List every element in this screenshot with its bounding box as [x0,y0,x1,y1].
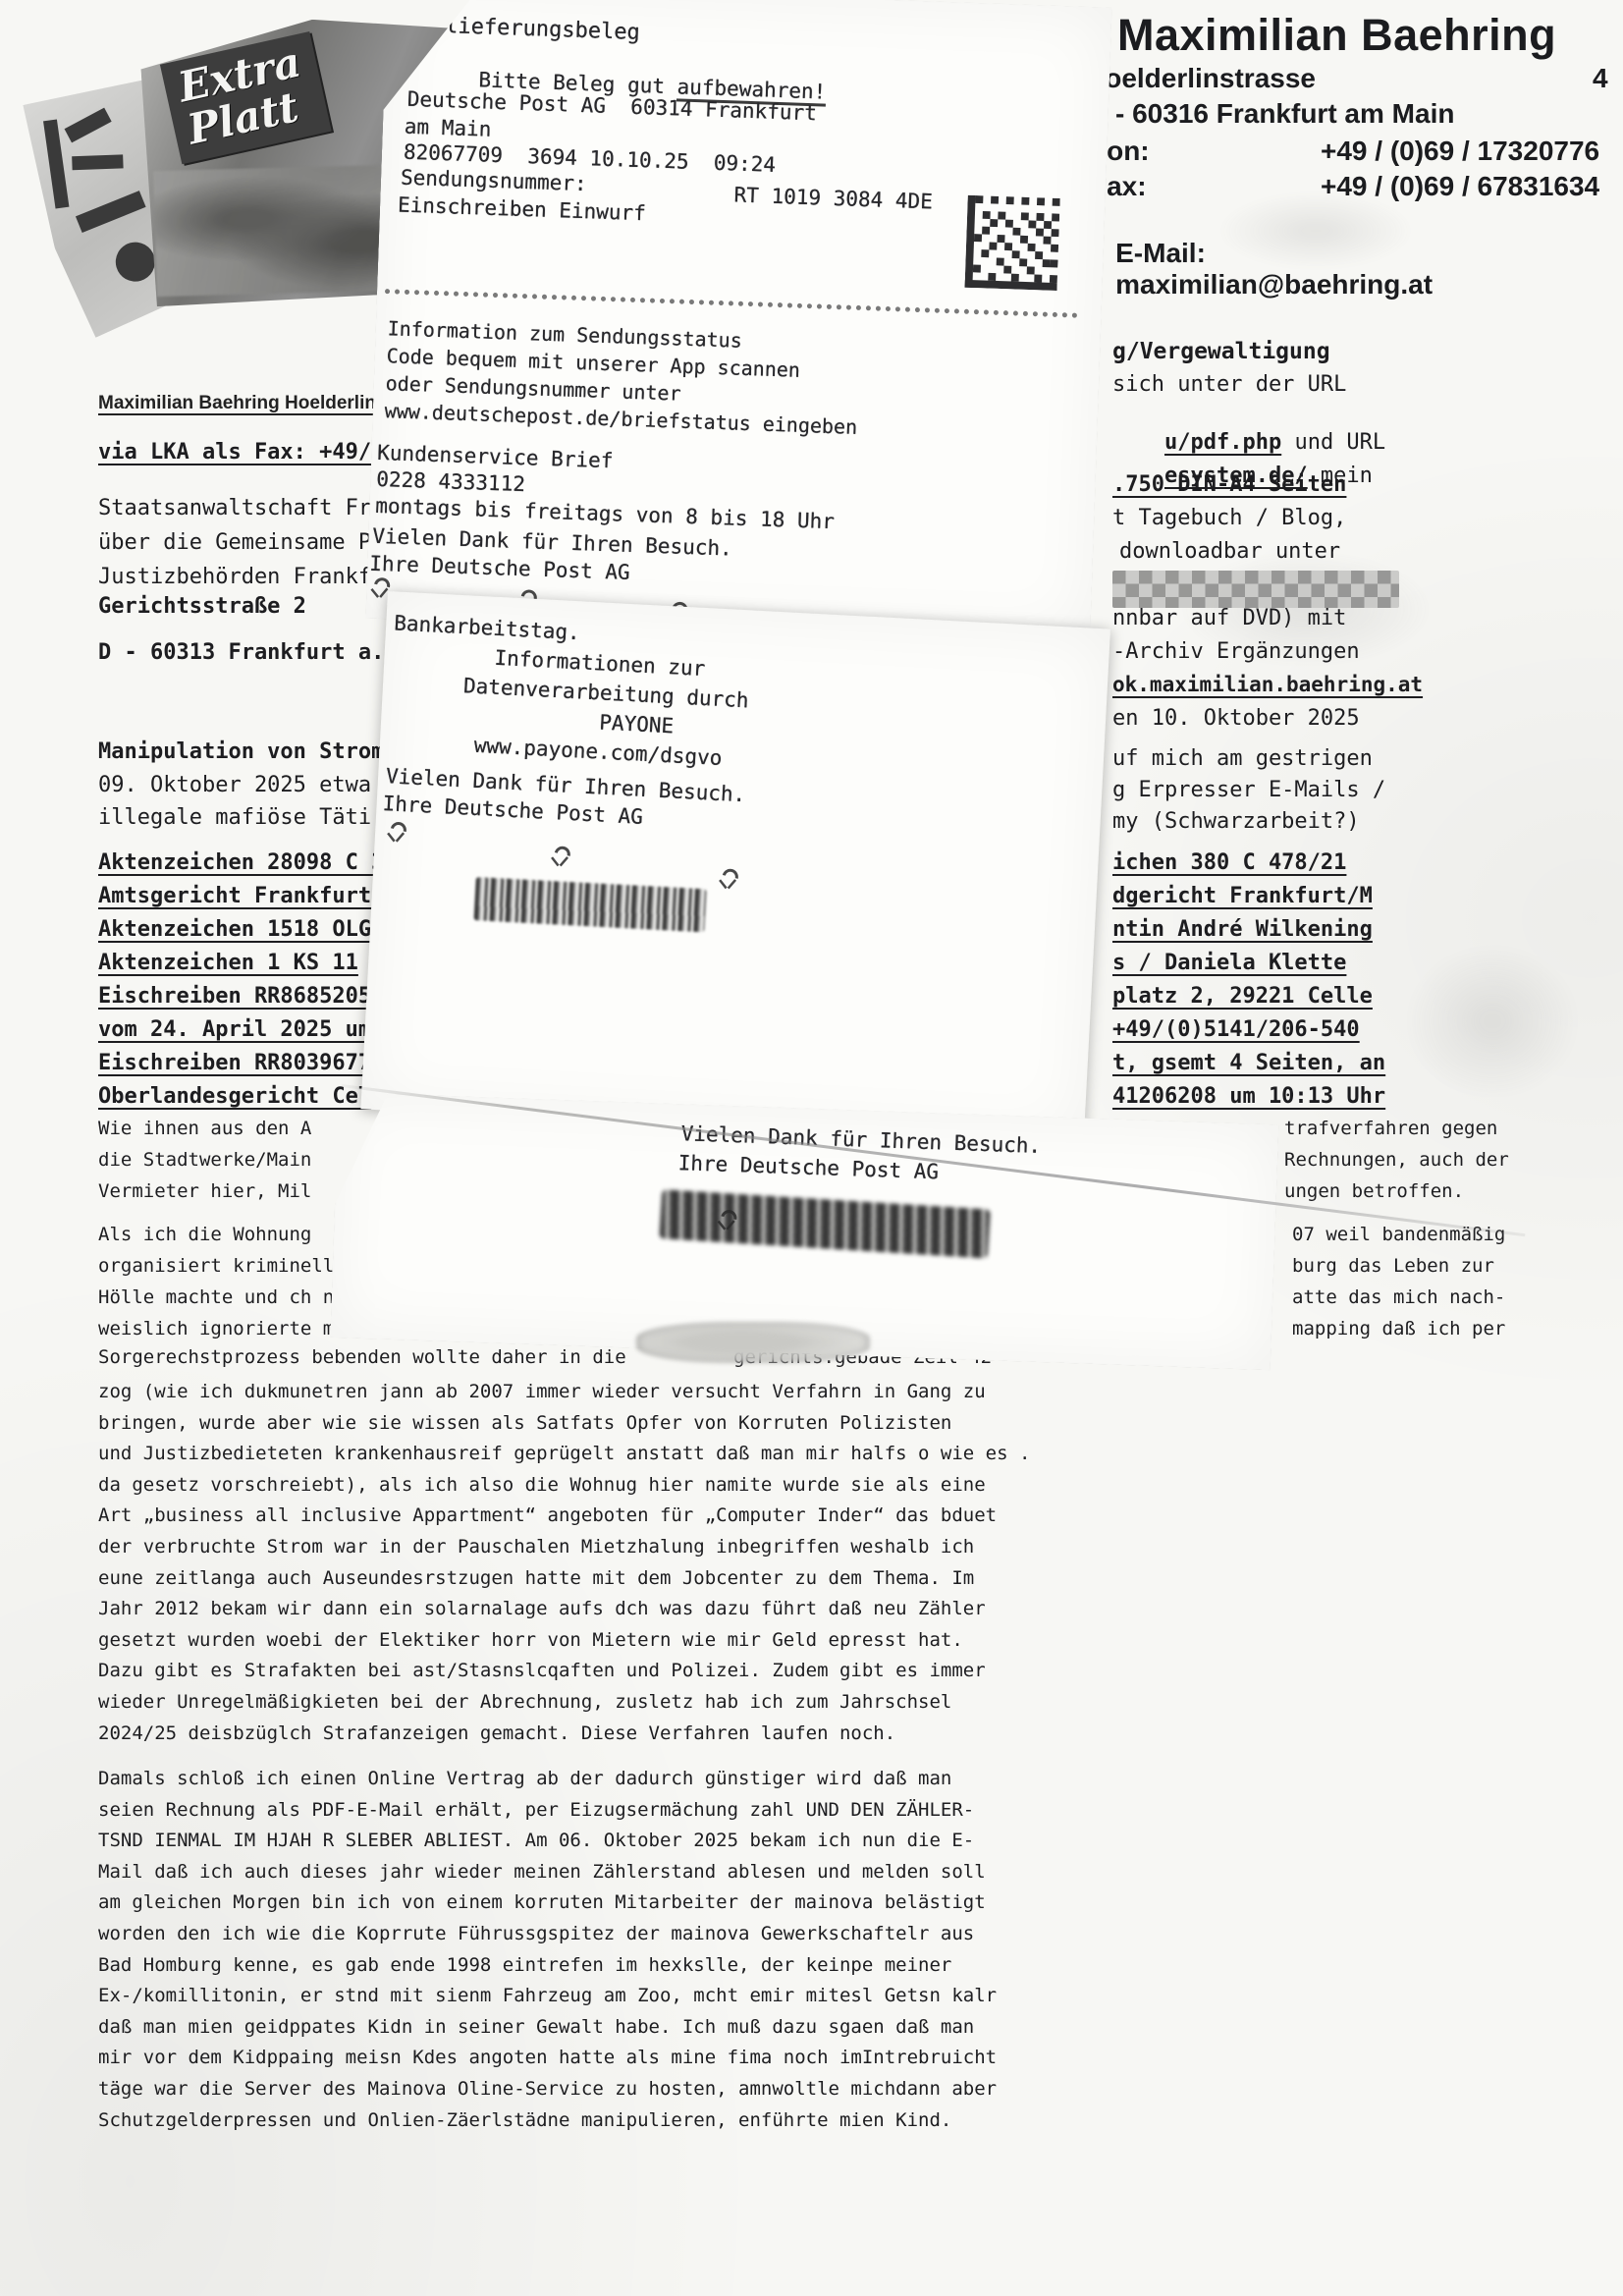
body-line: Ex-/komillitonin, er stnd mit sienm Fahr… [98,1981,997,2012]
right-fragment: g Erpresser E-Mails / [1112,778,1385,802]
receipt-perforation-dots [385,289,1078,318]
body-line-fragment: organisiert kriminell [98,1250,334,1282]
body-line: Dazu gibt es Strafakten bei ast/Stasnslc… [98,1656,1030,1687]
scan-smudge [636,1322,870,1363]
body-line-fragment: Vermieter hier, Mil [98,1175,311,1207]
re-line: 09. Oktober 2025 etwa [98,773,371,797]
body-line-fragment: 07 weil bandenmäßig [1292,1219,1505,1250]
re-line: illegale mafiöse Täti [98,805,371,830]
body-line-fragment: trafverfahren gegen [1284,1113,1509,1144]
body-line: TSND IENMAL IM HJAH R SLEBER ABLIEST. Am… [98,1826,997,1857]
body-line-fragment: die Stadtwerke/Main [98,1144,311,1175]
receipt-payone-line: Datenverarbeitung durch [462,674,749,712]
para1-right: trafverfahren gegenRechnungen, auch deru… [1284,1113,1509,1207]
letterhead-email-label: E-Mail: [1115,238,1206,268]
body-line: mir vor dem Kidppaing meisn Kdes angoten… [98,2043,997,2074]
body-line: Bad Homburg kenne, es gab ende 1998 eint… [98,1950,997,1982]
post-receipt-top: Einlieferungsbeleg Bitte Beleg gut aufbe… [365,0,1111,643]
letterhead-street-number: 4 [1593,63,1608,94]
case-line: ichen 380 C 478/21 [1112,847,1385,880]
bleed-through-artifact [1404,943,1581,1100]
body-line-fragment: weislich ignorierte m [98,1313,334,1344]
case-line: Aktenzeichen 28098 C 3 [98,847,384,880]
right-fragment: en 10. Oktober 2025 [1112,706,1360,731]
clipping-ink-mark [43,119,69,208]
body-line: Mail daß ich auch dieses jahr wieder mei… [98,1857,997,1888]
case-line: t, gsemt 4 Seiten, an [1112,1047,1385,1080]
body-line: Schutzgelderpressen und Onlien-Zäerlstäd… [98,2105,997,2137]
right-fragment: uf mich am gestrigen [1112,746,1373,771]
post-receipt-middle: Bankarbeitstag. Informationen zur Datenv… [360,591,1110,1147]
body-line: 2024/25 deisbzüglch Strafanzeigen gemach… [98,1719,1030,1750]
recipient-city: D - 60313 Frankfurt a. [98,640,384,665]
receipt-status-info: Information zum SendungsstatusCode beque… [384,314,860,441]
body-line: worden den ich wie die Koprrute Führussg… [98,1919,997,1950]
subject-right-fragment: g/Vergewaltigung [1112,339,1330,364]
para2-left: Als ich die Wohnungorganisiert kriminell… [98,1219,334,1344]
body-line-fragment: mapping daß ich per [1292,1313,1505,1344]
letterhead-fax-value: +49 / (0)69 / 67831634 [1321,171,1599,202]
case-line: Eischreiben RR8039677 [98,1047,384,1080]
case-line: Eischreiben RR8685205 [98,980,384,1013]
posthorn-icon [715,1207,741,1235]
body-line: Damals schloß ich einen Online Vertrag a… [98,1764,997,1795]
letterhead-city: D - 60316 Frankfurt am Main [1088,98,1454,130]
receipt-service-info: Kundenservice Brief0228 4333112montags b… [375,440,837,535]
case-line: dgericht Frankfurt/M [1112,880,1385,913]
clipping-ink-mark [76,191,146,233]
body-line: Jahr 2012 bekam wir dann ein solarnalage… [98,1594,1030,1625]
case-line: ntin André Wilkening [1112,913,1385,947]
body-line: eune zeitlanga auch Auseundesrstzugen ha… [98,1563,1030,1595]
body-line-fragment: Wie ihnen aus den A [98,1113,311,1144]
body-line-fragment: burg das Leben zur [1292,1250,1505,1282]
body-line: bringen, wurde aber wie sie wissen als S… [98,1408,1030,1440]
receipt-payone-line: www.payone.com/dsgvo [473,734,723,770]
receipt-payone-line: Informationen zur [494,646,706,681]
recipient-line: Justizbehörden Frankfu [98,560,384,594]
case-line: s / Daniela Klette [1112,947,1385,980]
body-line-fragment: Rechnungen, auch der [1284,1144,1509,1175]
receipt-office-line: am Main [404,115,491,141]
receipt-product: Einschreiben Einwurf [398,192,647,225]
body-line: gesetzt wurden woebi der Elektiker horr … [98,1625,1030,1657]
case-line: 41206208 um 10:13 Uhr [1112,1080,1385,1114]
posthorn-icon [548,844,574,872]
para2-right: 07 weil bandenmäßigburg das Leben zuratt… [1292,1219,1505,1344]
case-list-right: ichen 380 C 478/21dgericht Frankfurt/Mnt… [1112,847,1385,1114]
body-line: am gleichen Morgen bin ich von einem kor… [98,1887,997,1919]
body-line-fragment: Als ich die Wohnung [98,1219,334,1250]
body-paragraph-1: zog (wie ich dukmunetren jann ab 2007 im… [98,1377,1030,1749]
case-line: Aktenzeichen 1518 OLG [98,913,384,947]
body-line: täge war die Server des Mainova Oline-Se… [98,2074,997,2105]
re-line: Manipulation von Strom [98,739,384,764]
letterhead-name: Maximilian Baehring [1117,10,1556,61]
right-url-fragment: ok.maximilian.baehring.at [1112,673,1423,696]
case-line: Amtsgericht Frankfurt/ [98,880,384,913]
body-line: da gesetz vorschreiebt), als ich also di… [98,1470,1030,1502]
scanned-letter-page: Maximilian Baehring Hoelderlinstrasse 4 … [0,0,1623,2296]
receipt-thanks-line: Ihre Deutsche Post AG [369,552,630,584]
posthorn-icon [384,819,410,847]
right-fragment: sich unter der URL [1112,372,1346,397]
clipping-banner: Extra Platt [160,31,332,164]
recipient-line: Staatsanwaltschaft Fra [98,491,384,525]
right-fragment: .750 DIN-A4 Seiten [1112,472,1346,497]
clipping-ink-mark [72,154,123,170]
body-line-fragment: atte das mich nach- [1292,1282,1505,1313]
smudged-barcode [659,1189,990,1258]
letterhead-fon-value: +49 / (0)69 / 17320776 [1321,136,1599,167]
body-line: daß man mien geidppates Kidn in seiner G… [98,2012,997,2044]
recipient-street: Gerichtsstraße 2 [98,594,306,619]
case-line: Aktenzeichen 1 KS 11 [98,947,384,980]
recipient-line: über die Gemeinsame Po [98,525,384,560]
redacted-url-block [1112,571,1399,608]
body-line: seien Rechnung als PDF-E-Mail erhält, pe… [98,1795,997,1827]
body-line-fragment: Hölle machte und ch n [98,1282,334,1313]
right-fragment: downloadbar unter [1119,539,1340,564]
body-line-fragment: ungen betroffen. [1284,1175,1509,1207]
recipient-block: Staatsanwaltschaft Fraüber die Gemeinsam… [98,491,384,594]
receipt-payone-line: PAYONE [599,710,675,738]
body-line-fragment: Sorgerechstprozess bebenden wollte daher… [98,1346,626,1368]
letterhead-street: Hoelderlinstrasse [1085,63,1316,94]
para1-left: Wie ihnen aus den Adie Stadtwerke/MainVe… [98,1113,311,1207]
datamatrix-code [965,195,1060,291]
right-fragment: t Tagebuch / Blog, [1112,506,1346,530]
body-line: wieder Unregelmäßigkieten bei der Abrech… [98,1687,1030,1719]
letterhead-email-value: maximilian@baehring.at [1115,269,1433,300]
clipping-ink-mark [111,238,159,286]
receipt-bank-line: Bankarbeitstag. [394,611,581,644]
case-line: platz 2, 29221 Celle [1112,980,1385,1013]
right-fragment: my (Schwarzarbeit?) [1112,809,1360,834]
posthorn-icon [716,866,742,895]
body-line: Art „business all inclusive Appartment“ … [98,1501,1030,1532]
receipt-tracking-label: Sendungsnummer: [401,166,587,196]
case-line: +49/(0)5141/206-540 [1112,1013,1385,1047]
clipping-ink-mark [65,108,112,143]
right-fragment: -Archiv Ergänzungen [1112,639,1360,664]
receipt-tracking-number: RT 1019 3084 4DE [733,183,933,213]
right-fragment: nnbar auf DVD) mit [1112,606,1346,630]
body-line: der verbruchte Strom war in der Pauschal… [98,1532,1030,1563]
body-line: und Justizbedieteten krankenhausreif gep… [98,1439,1030,1470]
case-line: vom 24. April 2025 um [98,1013,384,1047]
case-list-left: Aktenzeichen 28098 C 3Amtsgericht Frankf… [98,847,384,1114]
body-line: zog (wie ich dukmunetren jann ab 2007 im… [98,1377,1030,1408]
smudged-barcode [474,877,707,932]
body-paragraph-2: Damals schloß ich einen Online Vertrag a… [98,1764,997,2136]
